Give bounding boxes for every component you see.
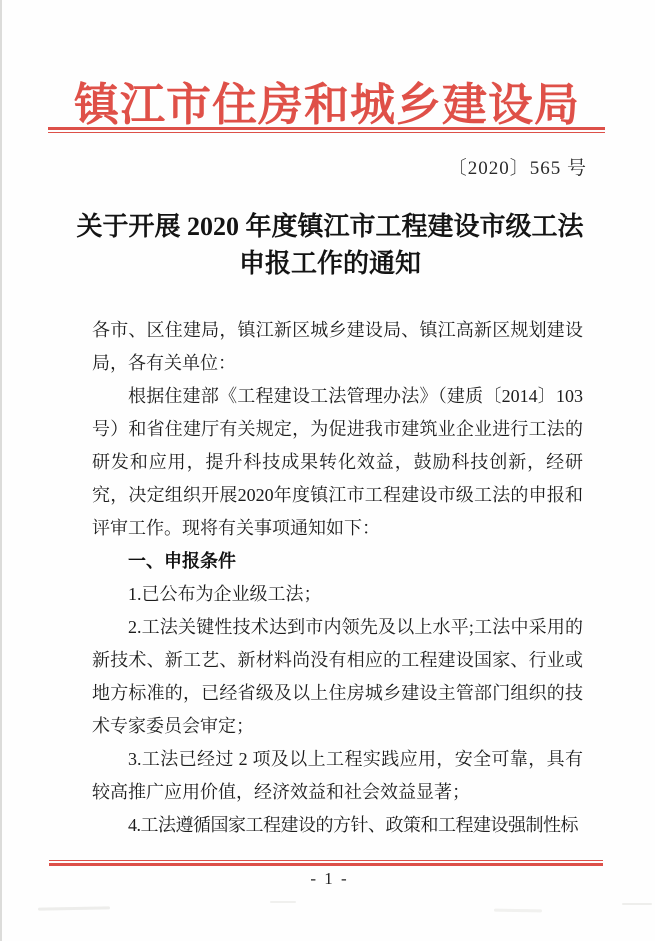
list-item-3: 3.工法已经过 2 项及以上工程实践应用，安全可靠，具有较高推广应用价值，经济效… — [92, 743, 583, 809]
list-item-1: 1.已公布为企业级工法； — [92, 578, 583, 611]
section-heading: 一、申报条件 — [92, 545, 583, 578]
scan-artifact — [494, 909, 542, 913]
list-item-4: 4.工法遵循国家工程建设的方针、政策和工程建设强制性标 — [92, 809, 583, 842]
document-page: 镇江市住房和城乡建设局 〔2020〕565 号 关于开展 2020 年度镇江市工… — [0, 0, 655, 941]
list-item-2: 2.工法关键性技术达到市内领先及以上水平;工法中采用的新技术、新工艺、新材料尚没… — [92, 611, 583, 743]
agency-name: 镇江市住房和城乡建设局 — [47, 68, 607, 133]
document-title: 关于开展 2020 年度镇江市工程建设市级工法 申报工作的通知 — [70, 208, 590, 282]
scan-artifact — [270, 901, 296, 903]
document-title-line2: 申报工作的通知 — [70, 245, 590, 282]
scan-artifact — [38, 906, 110, 910]
page-number: - 1 - — [2, 869, 655, 889]
intro-paragraph: 根据住建部《工程建设工法管理办法》（建质〔2014〕103号）和省住建厅有关规定… — [92, 380, 583, 545]
document-number: 〔2020〕565 号 — [47, 153, 587, 180]
footer-divider — [49, 860, 603, 866]
letterhead-divider — [48, 127, 605, 133]
document-body: 各市、区住建局，镇江新区城乡建设局、镇江高新区规划建设局，各有关单位： 根据住建… — [92, 314, 583, 842]
scan-artifact — [622, 903, 652, 905]
document-title-line1: 关于开展 2020 年度镇江市工程建设市级工法 — [70, 208, 590, 245]
salutation: 各市、区住建局，镇江新区城乡建设局、镇江高新区规划建设局，各有关单位： — [92, 314, 583, 380]
